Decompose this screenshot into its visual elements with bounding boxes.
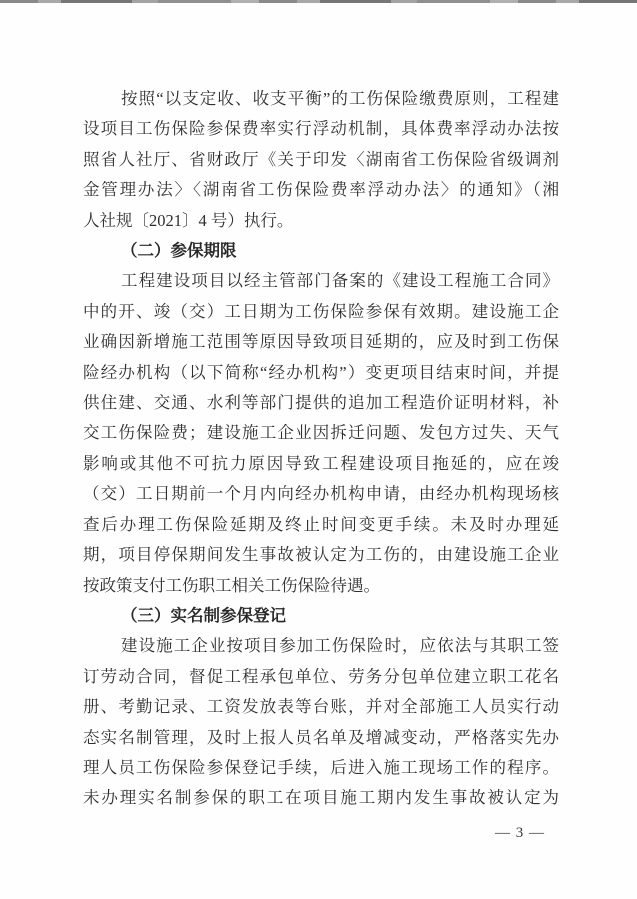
- section-heading-insurance-period: （二）参保期限: [83, 236, 559, 266]
- text-line: 未办理实名制参保的职工在项目施工期内发生事故被认定为: [83, 783, 559, 813]
- text-line: 人社规〔2021〕4 号）执行。: [83, 206, 559, 236]
- text-line: 按照“以支定收、收支平衡”的工伤保险缴费原则，工程建: [83, 84, 559, 114]
- paragraph-real-name-registration: 建设施工企业按项目参加工伤保险时，应依法与其职工签 订劳动合同，督促工程承包单位…: [83, 631, 559, 813]
- page-number: — 3 —: [495, 824, 545, 842]
- text-line: 影响或其他不可抗力原因导致工程建设项目拖延的，应在竣: [83, 449, 559, 479]
- text-line: 工程建设项目以经主管部门备案的《建设工程施工合同》: [83, 266, 559, 296]
- scanned-document-page: 按照“以支定收、收支平衡”的工伤保险缴费原则，工程建 设项目工伤保险参保费率实行…: [0, 0, 637, 899]
- section-heading-real-name-registration: （三）实名制参保登记: [83, 601, 559, 631]
- text-line: 查后办理工伤保险延期及终止时间变更手续。未及时办理延: [83, 510, 559, 540]
- text-line: 设项目工伤保险参保费率实行浮动机制，具体费率浮动办法按: [83, 114, 559, 144]
- text-line: 态实名制管理，及时上报人员名单及增减变动，严格落实先办: [83, 723, 559, 753]
- text-line: 险经办机构（以下简称“经办机构”）变更项目结束时间，并提: [83, 358, 559, 388]
- scan-artifact-top-edge: [0, 0, 637, 3]
- text-line: 供住建、交通、水利等部门提供的追加工程造价证明材料，补: [83, 388, 559, 418]
- text-line: 建设施工企业按项目参加工伤保险时，应依法与其职工签: [83, 631, 559, 661]
- text-line: 业确因新增施工范围等原因导致项目延期的，应及时到工伤保: [83, 327, 559, 357]
- paragraph-premium-policy: 按照“以支定收、收支平衡”的工伤保险缴费原则，工程建 设项目工伤保险参保费率实行…: [83, 84, 559, 236]
- text-line: 交工伤保险费；建设施工企业因拆迁问题、发包方过失、天气: [83, 418, 559, 448]
- text-line: （交）工日期前一个月内向经办机构申请，由经办机构现场核: [83, 479, 559, 509]
- paragraph-insurance-period: 工程建设项目以经主管部门备案的《建设工程施工合同》 中的开、竣（交）工日期为工伤…: [83, 266, 559, 600]
- text-line: 期，项目停保期间发生事故被认定为工伤的，由建设施工企业: [83, 540, 559, 570]
- text-line: 理人员工伤保险参保登记手续，后进入施工现场工作的程序。: [83, 753, 559, 783]
- text-line: 照省人社厅、省财政厅《关于印发〈湖南省工伤保险省级调剂: [83, 145, 559, 175]
- text-line: 册、考勤记录、工资发放表等台账，并对全部施工人员实行动: [83, 692, 559, 722]
- document-body: 按照“以支定收、收支平衡”的工伤保险缴费原则，工程建 设项目工伤保险参保费率实行…: [83, 84, 559, 814]
- text-line: 订劳动合同，督促工程承包单位、劳务分包单位建立职工花名: [83, 662, 559, 692]
- text-line: 中的开、竣（交）工日期为工伤保险参保有效期。建设施工企: [83, 297, 559, 327]
- text-line: 金管理办法〉〈湖南省工伤保险费率浮动办法〉的通知》（湘: [83, 175, 559, 205]
- text-line: 按政策支付工伤职工相关工伤保险待遇。: [83, 571, 559, 601]
